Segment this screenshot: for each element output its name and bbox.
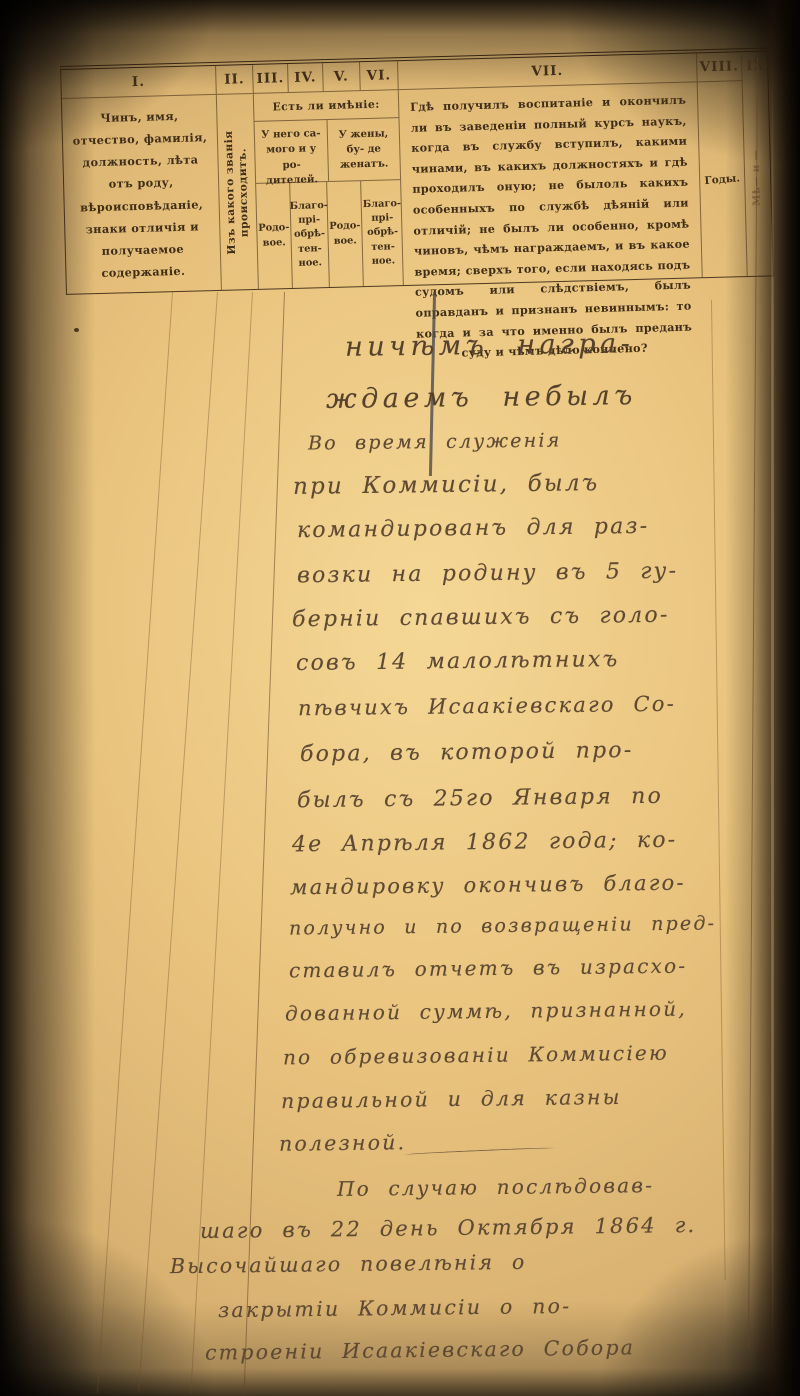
handwriting-line: совъ 14 малолѣтнихъ — [296, 647, 620, 676]
handwriting-line: полезной. — [279, 1130, 407, 1156]
handwriting-line: Высочайшаго повелѣнія о — [170, 1250, 527, 1278]
column-numeral-III: III. — [253, 64, 289, 94]
ink-speck — [74, 328, 79, 332]
column-numeral-V: V. — [323, 62, 361, 92]
scanned-document-page: I. Чинъ, имя, отчество, фамилія, должнос… — [0, 0, 800, 1396]
column-VIII: VIII. Годы. — [697, 52, 748, 277]
column-numeral-VI: VI. — [360, 61, 398, 91]
estate-cell-rodovoe-own: Родо- вое. — [256, 183, 293, 289]
handwriting-line: правильной и для казны — [281, 1085, 622, 1113]
handwriting-line: дованной суммѣ, признанной, — [285, 997, 687, 1026]
handwriting-line: пѣвчихъ Исаакіевскаго Со- — [298, 692, 676, 721]
handwriting-line: ждаемъ небылъ — [326, 380, 637, 415]
estate-cell-rodovoe-wife: Родо- вое. — [327, 181, 364, 287]
estate-group-title: Есть ли имѣніе: — [254, 90, 399, 122]
column-numeral-IV: IV. — [288, 63, 324, 93]
handwriting-line: при Коммисіи, былъ — [293, 470, 600, 500]
column-numeral-II: II. — [216, 65, 253, 95]
page-edge-highlight — [771, 60, 774, 1356]
handwriting-line: по обревизованіи Коммисіею — [283, 1041, 669, 1070]
handwriting-line: мандировку окончивъ благо- — [290, 871, 686, 900]
column-numeral-I: I. — [61, 66, 216, 99]
estate-wife-heading: У жены, бу- де женатъ. — [328, 118, 401, 182]
page-gutter-shadow — [752, 0, 800, 1396]
column-I: I. Чинъ, имя, отчество, фамилія, должнос… — [61, 66, 222, 294]
column-VII-heading: Гдѣ получилъ воспитаніе и окончилъ ли въ… — [399, 82, 704, 368]
column-numeral-VIII: VIII. — [697, 52, 742, 82]
column-II-heading-wrap: Изъ какого званія происходитъ. — [217, 94, 258, 290]
numeral-row-III-VI: III. IV. V. VI. — [253, 61, 398, 94]
handwriting-line: ставилъ отчетъ въ израсхо- — [289, 954, 688, 983]
handwriting-line: По случаю послѣдовав- — [337, 1173, 654, 1201]
estate-cell-blago-own: Благо- прі- обрѣ- тен- ное. — [290, 182, 330, 288]
column-I-heading: Чинъ, имя, отчество, фамилія, должность,… — [62, 95, 221, 294]
handwriting-line: возки на родину въ 5 гу- — [297, 559, 678, 589]
estate-cells-row: Родо- вое. Благо- прі- обрѣ- тен- ное. Р… — [256, 180, 403, 289]
handwriting-line: бора, въ которой про- — [300, 738, 634, 767]
formulary-header-table: I. Чинъ, имя, отчество, фамилія, должнос… — [60, 47, 774, 294]
handwriting-line: 4е Апрѣля 1862 года; ко- — [292, 828, 678, 858]
handwriting-line: берніи спавшихъ съ голо- — [292, 603, 670, 633]
handwriting-line: командированъ для раз- — [297, 514, 650, 543]
handwriting-line: ничѣмъ награ- — [345, 328, 635, 363]
handwriting-line: былъ съ 25го Января по — [297, 784, 663, 813]
column-VII: VII. Гдѣ получилъ воспитаніе и окончилъ … — [398, 53, 703, 285]
estate-subgroup-row: У него са- мого и у ро- дителей. У жены,… — [255, 118, 401, 184]
columns-III-VI-group: III. IV. V. VI. Есть ли имѣніе: У него с… — [253, 61, 404, 289]
handwriting-line: Во время служенія — [308, 429, 562, 454]
handwriting-line: закрытіи Коммисіи о по- — [218, 1294, 572, 1322]
estate-cell-blago-wife: Благо- прі- обрѣ- тен- ное. — [361, 180, 404, 286]
column-II-heading: Изъ какого званія происходитъ. — [222, 101, 253, 284]
column-II: II. Изъ какого званія происходитъ. — [216, 65, 259, 290]
estate-own-heading: У него са- мого и у ро- дителей. — [255, 120, 330, 184]
